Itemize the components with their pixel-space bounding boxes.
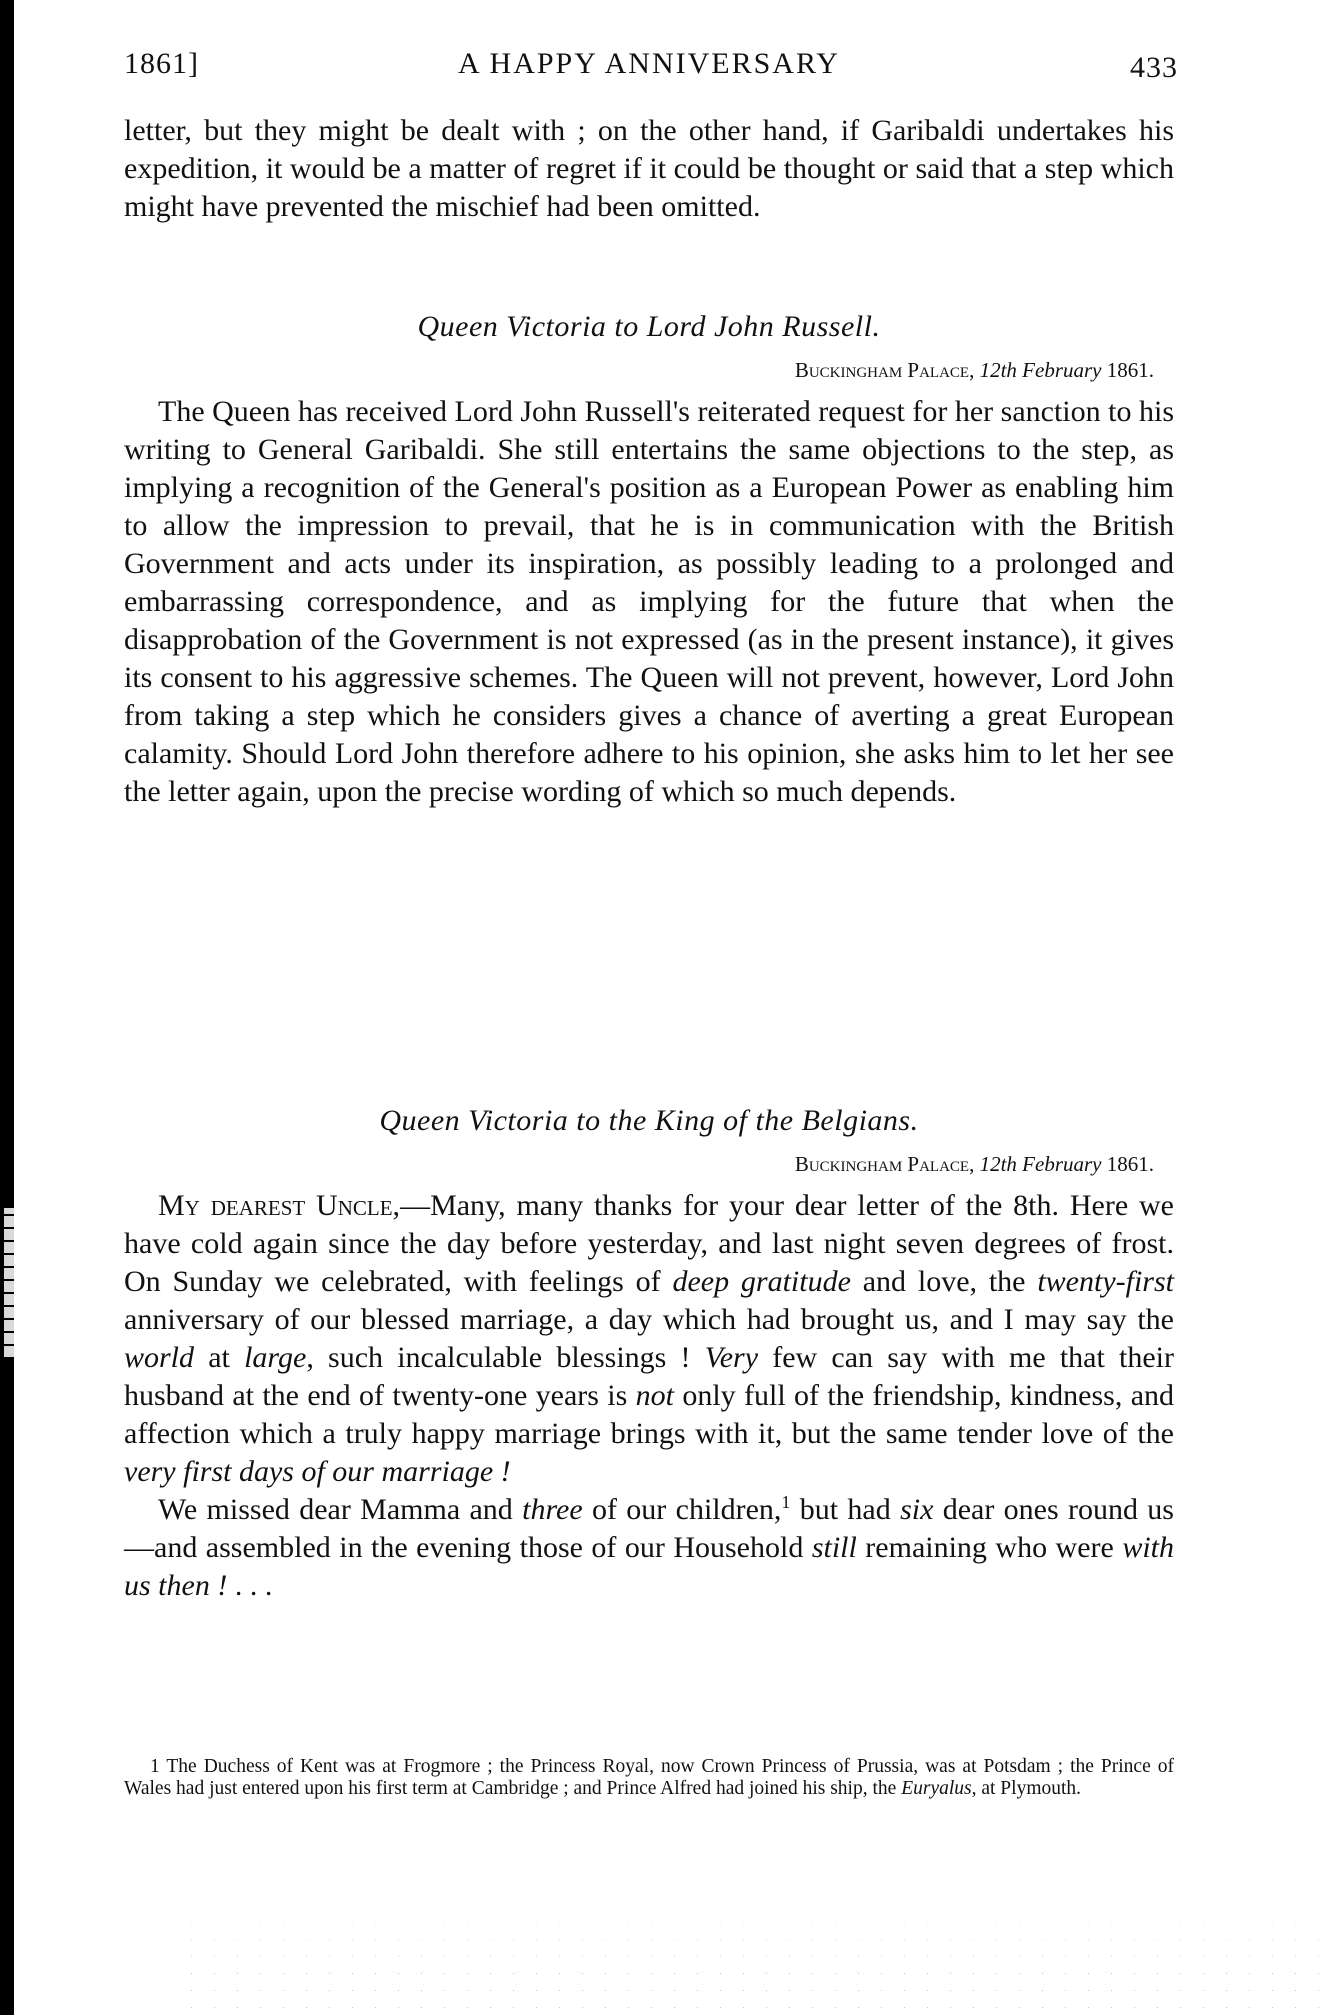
dateline-year: 1861. <box>1107 1152 1154 1176</box>
italic-run: twenty-first <box>1037 1265 1174 1298</box>
letter-2-heading: Queen Victoria to the King of the Belgia… <box>124 1104 1174 1138</box>
letter-1-body: The Queen has received Lord John Russell… <box>124 393 1174 811</box>
dateline-date: 12th February <box>980 1152 1102 1176</box>
text-run: We missed dear Mamma and <box>158 1493 522 1526</box>
continuation-text: letter, but they might be dealt with ; o… <box>124 112 1174 226</box>
italic-run: Very <box>705 1341 758 1374</box>
italic-run: very first days of our marriage ! <box>124 1455 511 1488</box>
letter-1-heading: Queen Victoria to Lord John Russell. <box>124 310 1174 344</box>
text-run: and love, the <box>851 1265 1037 1298</box>
italic-run: large <box>244 1341 306 1374</box>
scan-speckle-noise <box>180 1880 1336 2015</box>
text-run: but had <box>790 1493 900 1526</box>
italic-run: still <box>812 1531 857 1564</box>
dateline-comma: , <box>969 358 980 382</box>
running-head: 1861] A HAPPY ANNIVERSARY 433 <box>124 47 1174 87</box>
footnote-1: 1 The Duchess of Kent was at Frogmore ; … <box>124 1756 1174 1800</box>
scan-binding-edge <box>0 0 14 2015</box>
text-run: at <box>194 1341 244 1374</box>
footnote-number: 1 <box>150 1756 160 1777</box>
dateline-year: 1861. <box>1107 358 1154 382</box>
letter-1-dateline: Buckingham Palace, 12th February 1861. <box>124 358 1174 383</box>
letter-2-paragraph-2: We missed dear Mamma and three of our ch… <box>124 1491 1174 1605</box>
italic-run: three <box>522 1493 583 1526</box>
footnotes: 1 The Duchess of Kent was at Frogmore ; … <box>124 1756 1174 1800</box>
page-number: 433 <box>1130 51 1178 85</box>
continuation-paragraph: letter, but they might be dealt with ; o… <box>124 112 1174 226</box>
italic-run: deep gratitude <box>672 1265 850 1298</box>
dateline-place: Buckingham Palace <box>795 358 969 382</box>
italic-run: six <box>900 1493 933 1526</box>
running-head-title: A HAPPY ANNIVERSARY <box>124 47 1174 81</box>
italic-run: world <box>124 1341 194 1374</box>
text-run: of our children, <box>583 1493 782 1526</box>
letter-1: Queen Victoria to Lord John Russell. Buc… <box>124 310 1174 811</box>
dateline-comma: , <box>969 1152 980 1176</box>
letter-2-paragraph-1: My dearest Uncle,—Many, many thanks for … <box>124 1187 1174 1491</box>
text-run: . . . <box>227 1569 272 1602</box>
dateline-date: 12th February <box>980 358 1102 382</box>
scan-binding-edge-gap <box>4 1208 14 1358</box>
text-run: remaining who were <box>857 1531 1122 1564</box>
italic-run: Euryalus <box>901 1778 971 1799</box>
letter-2-dateline: Buckingham Palace, 12th February 1861. <box>124 1152 1174 1177</box>
text-run: , such incalculable blessings ! <box>306 1341 704 1374</box>
dateline-place: Buckingham Palace <box>795 1152 969 1176</box>
salutation: My dearest Uncle, <box>158 1189 400 1222</box>
italic-run: not <box>636 1379 674 1412</box>
text-run: anniversary of our blessed marriage, a d… <box>124 1303 1174 1336</box>
letter-2: Queen Victoria to the King of the Belgia… <box>124 1104 1174 1605</box>
text-run: , at Plymouth. <box>972 1778 1081 1799</box>
